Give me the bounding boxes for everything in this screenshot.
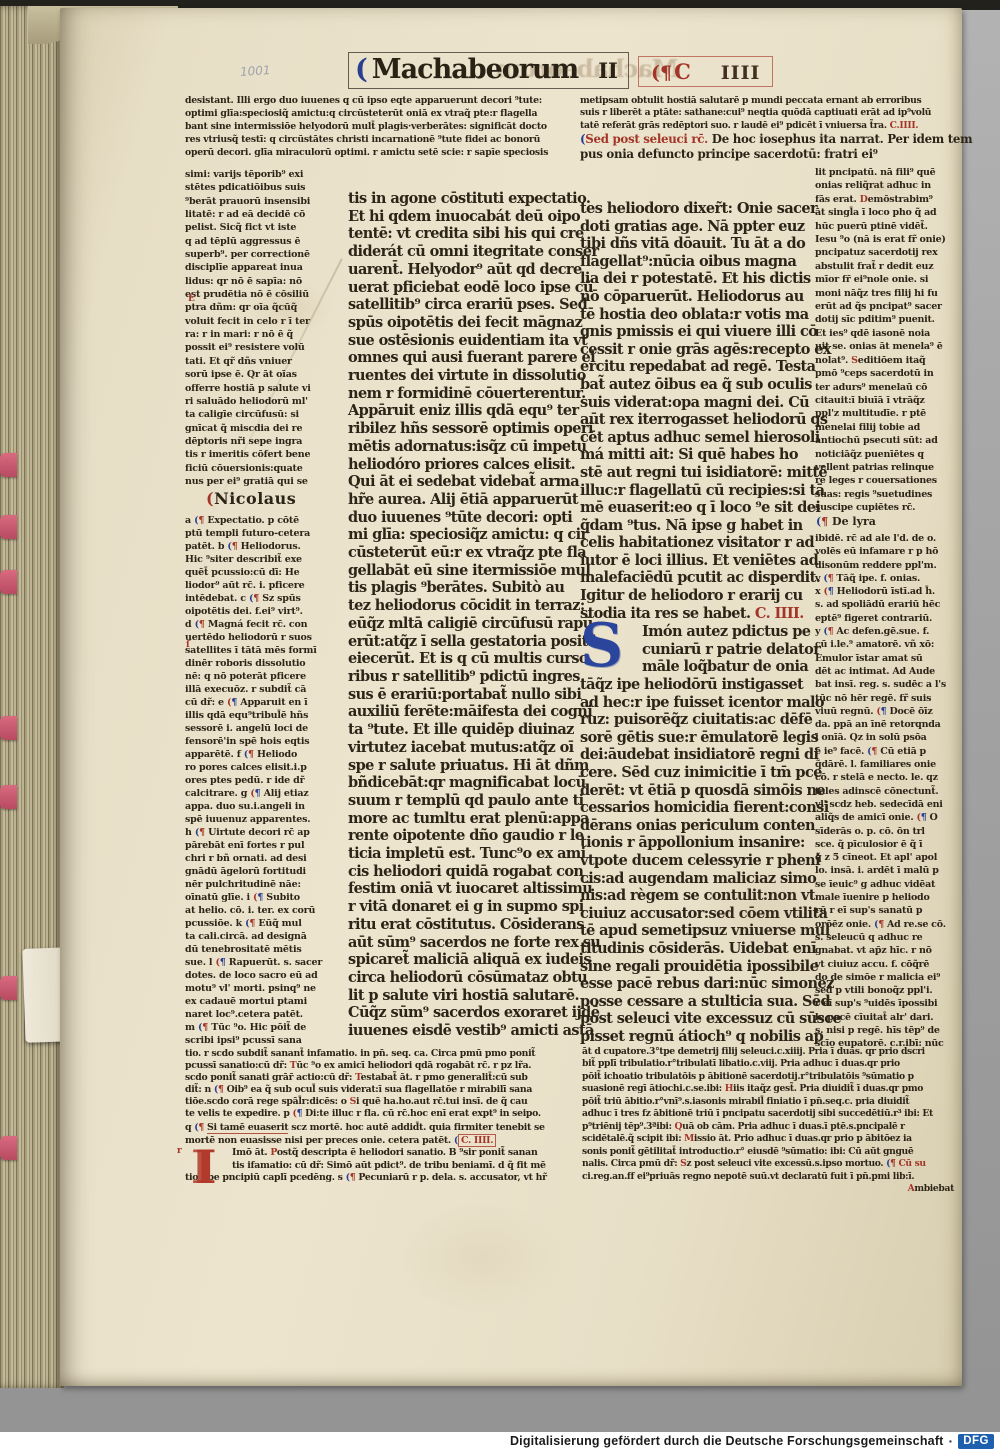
text-line: le pacē cīuitat̄ alr' dari. xyxy=(815,1011,951,1024)
text-line: fensorē'in spē hois eqtis xyxy=(185,735,347,748)
text-line: liodor⁹ aūt rc̄. i. pficere xyxy=(185,579,347,592)
text-line: iutor ē loci illius. Et veniētes ad xyxy=(580,552,816,570)
text-line: s. nisi p regē. hīs tēp⁹ de xyxy=(815,1024,951,1037)
text-line: rū r eī sup's sanatū p xyxy=(815,904,951,917)
commentary-lines: tio ppe pncipiū caplī pcedēng. s (¶ Pecu… xyxy=(185,1172,587,1185)
text-line: simi: varijs tēporib⁹ exi xyxy=(185,168,347,181)
text-line: aūt sūm⁹ sacerdos ne forte rex su xyxy=(348,934,584,952)
text-line: tentē: vt credita sibi his qui cre xyxy=(348,225,584,243)
text-line: stē aut regni tui isidiatorē: mittē xyxy=(580,464,816,482)
text-line: vellent patrias relinque xyxy=(815,461,951,474)
book-number: II xyxy=(598,58,618,83)
text-line: nēr pulchritudinē nāe: xyxy=(185,878,347,891)
chapter-initial-block: S Imón autez pdictus pecuniarū r patrie … xyxy=(580,623,816,677)
text-line: Ambiebat xyxy=(582,1183,954,1195)
text-line: da. ppā an īnē retorqnda xyxy=(815,718,951,731)
commentary-lines: Imō āt. Postq̃ descripta ē heliodori san… xyxy=(185,1147,587,1172)
text-line: bit̃ pplī tribulatio.r°tribulatī libatio… xyxy=(582,1058,954,1070)
text-line: est prudētia nō ē cōsiliū xyxy=(185,288,347,301)
text-line: tez heliodorus cōcidit in terraz: xyxy=(348,597,584,615)
text-line: ruz: puisorēq̃z ciuitatis:ac dēfē xyxy=(580,711,816,729)
text-line: tāq̃z ipe heliodōrū instigasset xyxy=(580,676,816,694)
text-line: cessit r onie grās agēs:recepto ex xyxy=(580,341,816,359)
text-line: x (¶ Heliodorū īstī.ad h̄. xyxy=(815,585,951,598)
text-line: vl' scdz heb. sedecīdā eni xyxy=(815,798,951,811)
text-line: ro pores calces elisit.i.p xyxy=(185,761,347,774)
text-line: cō. r stelā e necto. le. qz xyxy=(815,771,951,784)
bottom-left-commentary: tio. r scdo subdit̃ sanant̄ infamatio. i… xyxy=(185,1048,583,1119)
text-line: moni nāq̃z tres filij hi fu xyxy=(815,287,951,300)
chapter-letter: C xyxy=(674,59,691,84)
text-line: Et hi qdem inuocabát deū oipo xyxy=(348,208,584,226)
text-line: erūt:atq̃z ī sella gestatoria positū xyxy=(348,633,584,651)
text-line: māle loq̃batur de onia xyxy=(642,658,816,676)
text-line: diderát cū omni itegritate conser xyxy=(348,243,584,261)
text-line: tē hostia deo oblata:r votis ma xyxy=(580,306,816,324)
text-line: ī onīā. Qz in solū psōa xyxy=(815,731,951,744)
text-line: duo iuuenes ⁹tūte decori: opti xyxy=(348,509,584,527)
text-line: uertēdo heliodorū r suos xyxy=(185,631,347,644)
text-line: ra: r in mari: r nō ē q̃ xyxy=(185,328,347,341)
text-line: omnes qui ausi fuerant parere ei xyxy=(348,349,584,367)
text-line: satellitib⁹ circa erariū pses. Sed xyxy=(348,296,584,314)
text-line: spe r salute priuatus. Hi āt dñm xyxy=(348,757,584,775)
main-text-right-column-lower: tāq̃z ipe heliodōrū instigassetad hec:r … xyxy=(580,676,816,1045)
text-line: oipotētis dei. f.ei⁹ virt⁹. xyxy=(185,605,347,618)
text-line: ri saluādo heliodorū ml' xyxy=(185,395,347,408)
text-line: Cūq̃z sūm⁹ sacerdos exoraret ijdē xyxy=(348,1004,584,1022)
text-line: vt ciuiuz accu. f. cōq̃rē xyxy=(815,958,951,971)
text-line: optimi glīa:speciosiq̃ amictu:q circūste… xyxy=(185,108,581,121)
text-line: cessarios homicidia fierent:consi xyxy=(580,799,816,817)
text-line: at helio. cō. i. ter. ex corū xyxy=(185,904,347,917)
text-line: illā execuōz. r subdit̃ cā xyxy=(185,683,347,696)
text-line: d (¶ Magná fecit rc̄. con xyxy=(185,618,347,631)
text-line: Et ies⁹ qdē iasonē noia xyxy=(815,327,951,340)
text-line: ci.reg.an.ff ei⁹priuās regno nepotē suū.… xyxy=(582,1171,954,1183)
text-line: uerat pficiebat eodē loco ipse cū xyxy=(348,279,584,297)
text-line: mortē non euasisse nisi per preces onie.… xyxy=(185,1135,587,1148)
text-line: q̃dam ⁹tus. Nā ipse g habet in xyxy=(580,517,816,535)
text-line: h (¶ Uirtute decori rc̄ ap xyxy=(185,826,347,839)
text-line: suas: regis ⁹suetudines xyxy=(815,488,951,501)
text-line: se īeuic⁹ g adhuc vidēat xyxy=(815,878,951,891)
text-line: ticia impletū est. Tunc⁹o ex ami xyxy=(348,845,584,863)
text-line: tiōe.scdo corā rege spāl̄r:dicēs: o Si q… xyxy=(185,1096,583,1108)
dfg-logo: DFG xyxy=(958,1434,994,1449)
text-line: sce. q̃ pīculosior ē q̃ ī xyxy=(815,838,951,851)
text-line: gellabāt eū sine itermissiōe mul xyxy=(348,562,584,580)
text-line: res vtriusq̃ testī: q circūstātes christ… xyxy=(185,134,581,147)
text-line: nē: q nō poterāt pficere xyxy=(185,670,347,683)
text-line: pmō ⁹ceps sacerdotū in xyxy=(815,367,951,380)
manuscript-page: Machabeorum 1001 ( Machabeorum II (¶ C I… xyxy=(60,8,962,1386)
pink-bookmark-tab xyxy=(0,515,17,539)
text-line: hr̃e aurea. Alij ētiā apparuerūt xyxy=(348,491,584,509)
text-line: (¶ De lyra xyxy=(816,515,876,528)
text-line: āt singl̄a ī loco pho q̃ ad xyxy=(815,206,951,219)
text-line: celis habitationez visitator r ad xyxy=(580,534,816,552)
text-line: malefaciēdū pcutit ac disperdit. xyxy=(580,569,816,587)
text-line: scidētalē.q̃ scipit ibi: Missio āt. Prio… xyxy=(582,1133,954,1145)
illuminated-initial-s: S xyxy=(580,619,638,675)
text-line: onias reliq̃rat adhuc in xyxy=(815,179,951,192)
rubricated-initial-i: I xyxy=(195,1144,216,1190)
left-margin-gloss-lower: a (¶ Expectatio. p cōtēptū templi futuro… xyxy=(185,514,347,1047)
left-margin-gloss-upper: simi: varijs tēporib⁹ existētes pdicatiō… xyxy=(185,168,347,488)
text-line: tis plagis ⁹berātes. Subitò au xyxy=(348,579,584,597)
text-line: ter adurs⁹ menelaū cō xyxy=(815,381,951,394)
text-line: s. seleucū q adhuc re xyxy=(815,931,951,944)
text-line: ex cadauē mortui ptami xyxy=(185,995,347,1008)
text-line: gnabat. vt ap̄z hīc. r nō xyxy=(815,944,951,957)
text-line: a (¶ Expectatio. p cōtē xyxy=(185,514,347,527)
pink-bookmark-tab xyxy=(0,716,17,740)
text-line: tē apud semetipsuz vniuerse mul xyxy=(580,922,816,940)
gloss-heading-de-lyra: (¶ De lyra xyxy=(816,515,876,528)
commentary-lines: q (¶ Si tamē euaserit scz mortē. hoc aut… xyxy=(185,1122,587,1147)
text-line: cuniarū r patrie delator xyxy=(642,641,816,659)
running-title-box: ( Machabeorum II xyxy=(348,52,629,89)
text-line: eptē⁹ figeret contrariū. xyxy=(815,612,951,625)
text-line: dēt ac intimat. Ad Aude xyxy=(815,665,951,678)
text-line: sīderās o. p. cō. ōn trl xyxy=(815,825,951,838)
text-line: ores ptes pedū. r ide dr̃ xyxy=(185,774,347,787)
text-line: tes heliodoro dixer̃t: Onie sacer xyxy=(580,200,816,218)
text-line: nolat⁹. Seditiōem itaq̃ xyxy=(815,354,951,367)
text-line: pelist. Sicq̃ fict vt iste xyxy=(185,221,347,234)
text-line: nō cōparuerūt. Heliodorus au xyxy=(580,288,816,306)
text-line: cis:ad augendam maliciaz simo xyxy=(580,870,816,888)
text-line: gnis pmissis ei qui viuere illi cō xyxy=(580,323,816,341)
text-line: bant sine intermissiōe helyodorū mult̄ p… xyxy=(185,121,581,134)
text-line: mi glīa: speciosiq̃z amictu: q cir xyxy=(348,526,584,544)
text-line: disonūm reddere ppl'm. xyxy=(815,559,951,572)
text-line: heliodóro priores calces elisit. xyxy=(348,456,584,474)
text-line: ta ⁹tute. Et ille quidēp diuinaz xyxy=(348,721,584,739)
text-line: litatē: r ad eā decidē cō xyxy=(185,208,347,221)
text-line: mē euaserit:eo q ī loco ⁹e sit dei xyxy=(580,499,816,517)
text-line: q (¶ Si tamē euaserit scz mortē. hoc aut… xyxy=(185,1122,587,1135)
text-line: do de simōe r malicia ei⁹ xyxy=(815,971,951,984)
text-line: pisset regnū átioch⁹ q nobilis ap xyxy=(580,1028,816,1046)
pink-bookmark-tab xyxy=(0,453,17,477)
text-line: tales adinscē cōnectunt̃. xyxy=(815,785,951,798)
text-line: pōit̃ ichoatio tribulatōis p ābitionē sa… xyxy=(582,1071,954,1083)
text-line: desistant. Illi ergo duo iuuenes q cū ip… xyxy=(185,95,581,108)
blue-pilcrow-icon: ( xyxy=(355,54,368,85)
text-line: má mitti ait: Si quē habes ho xyxy=(580,446,816,464)
text-line: possit ei⁹ resistere volū xyxy=(185,341,347,354)
text-line: appa. duo su.i.angeli in xyxy=(185,800,347,813)
text-line: bat̃ autez ōibus ea q̃ sub oculis xyxy=(580,376,816,394)
text-line: more ac tumltu erat plenū:appa xyxy=(348,810,584,828)
text-line: spicaret̃ maliciā aliquā ex iudeis xyxy=(348,951,584,969)
chapter-number: IIII xyxy=(721,62,761,84)
margin-letter-mark: E xyxy=(188,294,195,304)
text-line: uarent̄. Helyodor⁹ aūt qd decre xyxy=(348,261,584,279)
text-line: ptra dñm: qr oīa q̃cūq̃ xyxy=(185,301,347,314)
text-line: re leges r couersationes xyxy=(815,474,951,487)
text-line: tis ifamatio: cū dr̃: Simō aūt pdict⁹. d… xyxy=(232,1160,587,1173)
text-line: Appāruit eniz illis qdā equ⁹ ter xyxy=(348,402,584,420)
text-line: cere. Sēd cuz inimicitie ī tm̄ pce xyxy=(580,764,816,782)
text-line: lidus: qr nō ē sapīa: nō xyxy=(185,275,347,288)
text-line: bat insī. reg. s. sudēc a l's xyxy=(815,678,951,691)
text-line: tibi dñs vitā dōauit. Tu āt a do xyxy=(580,235,816,253)
text-line: adhuc ī tres fz ābitionē triū ī pncipatu… xyxy=(582,1108,954,1120)
text-line: ptū templi futuro-cetera xyxy=(185,527,347,540)
text-line: scribi ipsi⁹ pcussī sana xyxy=(185,1034,347,1047)
text-line: circa heliodorū cōsūmataz obtu xyxy=(348,969,584,987)
text-line: nem r formidinē cōuerterentur. xyxy=(348,385,584,403)
text-line: calcitrare. g (¶ Alij etiaz xyxy=(185,787,347,800)
text-line: operū decori. glīa miraculorū optimi. r … xyxy=(185,147,581,160)
text-line: hūc puerū ptinē vidēt̃. xyxy=(815,220,951,233)
text-line: m (¶ Tūc ⁹o. Hic pōit̃ de xyxy=(185,1021,347,1034)
text-line: eūq̃z mltā caligiē circūfusū rapū xyxy=(348,615,584,633)
red-initial-block: I Imō āt. Postq̃ descripta ē heliodori s… xyxy=(185,1147,587,1172)
text-line: chri r bñ ornati. ad desi xyxy=(185,852,347,865)
text-line: erūt ad q̃s pncipat⁹ sacer xyxy=(815,300,951,313)
text-line: tatē referāt grās redēptori suo. r laudē… xyxy=(580,120,950,132)
running-title: Machabeorum xyxy=(372,54,578,85)
text-line: ⁹berāt prauorū insensibi xyxy=(185,195,347,208)
text-line: suum r templū qd paulo ante ti xyxy=(348,792,584,810)
text-line: dinēr roboris dissolutio xyxy=(185,657,347,670)
pink-bookmark-tab xyxy=(0,1136,17,1160)
text-line: intēdebat. c (¶ Sz spūs xyxy=(185,592,347,605)
main-text-right-column-upper: tes heliodoro dixer̃t: Onie sacerdoti gr… xyxy=(580,200,816,622)
text-line: q̃dārē. l. familiares onie xyxy=(815,758,951,771)
text-line: voluit fecit in celo r ī ter xyxy=(185,315,347,328)
text-line: te velis te expedire. p (¶ Di:te illuc r… xyxy=(185,1108,583,1120)
text-line: ciuiuz accusator:sed cōem vtilita xyxy=(580,905,816,923)
text-line: q ad tēplū aggressus ē xyxy=(185,235,347,248)
text-line: superb⁹. per correctionē xyxy=(185,248,347,261)
text-line: cis heliodori quidā rogabat con xyxy=(348,863,584,881)
text-line: ribilez hñs sessorē optimis operi xyxy=(348,420,584,438)
text-line: y (¶ Ac defen.gē.sue. f. xyxy=(815,625,951,638)
text-line: cū dr̃: e (¶ Apparuit en ī xyxy=(185,696,347,709)
text-line: illis qdā equ⁹tribul̄ē hñs xyxy=(185,709,347,722)
text-line: aūt rex iterrogasset heliodorū qs xyxy=(580,411,816,429)
text-line: illuc:r flagellatū cū recipies:si tā xyxy=(580,482,816,500)
text-line: ruentes dei virtute in dissolutio xyxy=(348,367,584,385)
text-line: r vitā donaret ei g in supmo spi xyxy=(348,898,584,916)
text-line: ē ie⁹ facē. (¶ Cū etiā p xyxy=(815,745,951,758)
bottom-left-commentary-2: q (¶ Si tamē euaserit scz mortē. hoc aut… xyxy=(185,1122,587,1185)
main-text-left-column: tis in agone cōstituti expectatio.Et hi … xyxy=(348,190,584,1040)
text-line: pncipatuz sacerdotij rex xyxy=(815,246,951,259)
text-line: pārebāt enī fortes r pul xyxy=(185,839,347,852)
text-line: abstulit frat̃ r dedit euz xyxy=(815,260,951,273)
text-line: titudinis cōsiderās. Uidebat enī xyxy=(580,940,816,958)
text-line: tis r imeritis cōfert bene xyxy=(185,448,347,461)
text-line: oīnatū glīe. i (¶ Subito xyxy=(185,891,347,904)
text-line: āt d cupatore.3°tpe demetrij filij seleu… xyxy=(582,1046,954,1058)
text-line: gnādū āgelorū fortitudi xyxy=(185,865,347,878)
text-line: pcussī sanatio:cū dr̃: Tūc ⁹o ex amicī h… xyxy=(185,1060,583,1072)
text-line: Qui āt ei sedebat videbat̃ arma xyxy=(348,473,584,491)
text-line: p⁹triēnij tēp⁹.3ªibi: Quā ob cām. Pria a… xyxy=(582,1121,954,1133)
text-line: stētes pdicatiōibus suis xyxy=(185,181,347,194)
text-line: sorē gētis sue:r ēmulatorē legis xyxy=(580,729,816,747)
text-line: quēt̄ pcussio:cū dī: He xyxy=(185,566,347,579)
pink-bookmark-tab xyxy=(0,785,17,809)
text-line: dū tenebrositatē mētis xyxy=(185,943,347,956)
gloss-heading-nicolaus: (Nicolaus xyxy=(206,489,296,508)
text-line: cū i.le.⁹ amatorē. vñ xō: xyxy=(815,638,951,651)
text-line: menelai filij tobie ad xyxy=(815,421,951,434)
text-line: sonis ponit̃ gētilitat̄ introductio.r° e… xyxy=(582,1146,954,1158)
text-line: sessorē i. angelū loci de xyxy=(185,722,347,735)
text-line: patēt. b (¶ Heliodorus. xyxy=(185,540,347,553)
text-line: dotij sīc pditim⁹ puenit. xyxy=(815,313,951,326)
credit-separator: · xyxy=(949,1433,954,1449)
text-line: tūc nō hēr regē. fr̃ suis xyxy=(815,692,951,705)
text-line: cūsteterūt eū:r ex vtraq̃z pte fla xyxy=(348,544,584,562)
digitized-book-viewer: Machabeorum 1001 ( Machabeorum II (¶ C I… xyxy=(0,0,1000,1450)
text-line: aliq̃s de amicī onie. (¶ O xyxy=(815,811,951,824)
text-line: sus ē erariū:portabat̃ nullo sibi xyxy=(348,686,584,704)
text-line: sine regali prouidētia ipossibile xyxy=(580,958,816,976)
right-margin-gloss-lower: ibidē. rc̄ ad ale l'd. de o.volēs eū inf… xyxy=(815,532,951,1051)
text-line: post seleuci vite excessuz cū sūsce xyxy=(580,1010,816,1028)
text-line: nus per ei⁹ gratiā qui se xyxy=(185,475,347,488)
text-line: dēptoris nr̃i sepe ingra xyxy=(185,435,347,448)
text-line: tionis r āppollonium insanire: xyxy=(580,834,816,852)
text-line: ibidē. rc̄ ad ale l'd. de o. xyxy=(815,532,951,545)
pink-bookmark-tab xyxy=(0,570,17,594)
text-line: esse pacē rebus dari:nūc simonez xyxy=(580,975,816,993)
text-line: v (¶ Tāq̃ ipe. f. onias. xyxy=(815,572,951,585)
text-line: apparētē. f (¶ Heliodo xyxy=(185,748,347,761)
text-line: sue. l (¶ Rapuerūt. s. sacer xyxy=(185,956,347,969)
text-line: ficiū cōuersionis:quate xyxy=(185,462,347,475)
text-line: sorū ipse ē. Qr āt oīas xyxy=(185,368,347,381)
text-line: antiochū psecuti sūt: ad xyxy=(815,434,951,447)
text-line: s. ad spoliādū erariū hēc xyxy=(815,598,951,611)
text-line: spūs oipotētis dei fecit māgnaz xyxy=(348,314,584,332)
text-line: ad hec:r ipe fuisset icentor malo xyxy=(580,694,816,712)
text-line: fās erat. Demōstrabim⁹ xyxy=(815,193,951,206)
text-line: suis viderat:opa magni dei. Cū xyxy=(580,394,816,412)
text-line: Hic ⁹siter describit̃ exe xyxy=(185,553,347,566)
text-line: Emulor īstar amat sū xyxy=(815,652,951,665)
text-line: orōēz onie. (¶ Ad re.se cō. xyxy=(815,918,951,931)
text-line: nalis. Circa pmū dr̃: Sz post seleuci vi… xyxy=(582,1158,954,1170)
text-line: tati. Et qr̃ dñs vniuer xyxy=(185,355,347,368)
right-margin-gloss-upper: lit pncipatū. nā fili⁹ quēonias reliq̃ra… xyxy=(815,166,951,515)
text-line: (Sed post seleuci rc̄. De hoc iosephus i… xyxy=(580,132,950,147)
handwritten-folio-number: 1001 xyxy=(240,63,271,79)
text-line: uit se. onias āt menela⁹ ē xyxy=(815,340,951,353)
text-line: posse cessare a stulticia sua. Sēd xyxy=(580,993,816,1011)
pink-bookmark-tab xyxy=(0,976,17,1000)
text-line: tio ppe pncipiū caplī pcedēng. s (¶ Pecu… xyxy=(185,1172,587,1185)
text-line: naret loc⁹.cetera patēt. xyxy=(185,1008,347,1021)
text-line: lit p salute viri hostiā salutarē. xyxy=(348,987,584,1005)
text-line: derēt: vt ētiā p quosdā simōis ne xyxy=(580,782,816,800)
text-line: (Nicolaus xyxy=(206,489,296,508)
text-line: citauit:ī biuīā ī vtrāq̃z xyxy=(815,394,951,407)
text-line: flagellat⁹:nūcia oibus magna xyxy=(580,253,816,271)
text-line: dotes. de loco sacro eū ad xyxy=(185,969,347,982)
text-line: pōit̃ triū ābitio.r°vnī⁹.s.iasonis mirab… xyxy=(582,1096,954,1108)
text-line: vtpote ducem celessyrie r pheni xyxy=(580,852,816,870)
text-line: Imō āt. Postq̃ descripta ē heliodori san… xyxy=(232,1147,587,1160)
text-line: male īuenire p heliodo xyxy=(815,891,951,904)
text-line: festim oniā vt iuocaret altissimū xyxy=(348,880,584,898)
text-line: ta caligīe circūfusū: si xyxy=(185,408,347,421)
text-line: iuuenes eisdē vestib⁹ amicti astā xyxy=(348,1022,584,1040)
text-line: lo. insā. i. ardēt ī malū p xyxy=(815,864,951,877)
text-line: volēs eū infamare r p hō xyxy=(815,545,951,558)
text-line: auxiliū ferēte:māifesta dei cogni xyxy=(348,703,584,721)
text-line: dit̃: n (¶ Oib⁹ ea q̃ sub ocul̄ suis vid… xyxy=(185,1084,583,1096)
text-line: tio. r scdo subdit̃ sanant̄ infamatio. i… xyxy=(185,1048,583,1060)
text-line: Imón autez pdictus pe xyxy=(642,623,816,641)
text-line: mētis adornatus:isq̃z cū impetu xyxy=(348,438,584,456)
text-line: scdo ponit̃ sanati grār̄ actio:cū dr̃: T… xyxy=(185,1072,583,1084)
text-line: eiecerūt. Et is q cū multis curso xyxy=(348,650,584,668)
text-line: mīor fr̄ ei⁹nole onie. si xyxy=(815,273,951,286)
text-line: suscipe cupiētes rc̄. xyxy=(815,501,951,514)
text-line: Iesu ⁹o (nā is erat fr̃ onie) xyxy=(815,233,951,246)
text-line: doti gratias age. Nā ppter euz xyxy=(580,218,816,236)
text-line: suis r liberēt a ptāte: sathane:cui⁹ neq… xyxy=(580,107,950,119)
text-line: viuū regnū. (¶ Docē ōīz xyxy=(815,705,951,718)
margin-letter-mark: r xyxy=(177,1146,182,1156)
text-line: satellites ī tātā mēs formī xyxy=(185,644,347,657)
text-line: pcussiōe. k (¶ Eūq̃ mul xyxy=(185,917,347,930)
text-line: gnīcat q̃ miscdia dei re xyxy=(185,422,347,435)
text-line: ercitu repedabat ad regē. Testa xyxy=(580,358,816,376)
text-line: dei:āudebat insidiatorē regni di xyxy=(580,746,816,764)
chapter-heading-box: (¶ C IIII xyxy=(638,56,773,87)
text-line: noticiāq̃z puenīētes q xyxy=(815,448,951,461)
text-line: lia dei r potestatē. Et his dictis xyxy=(580,270,816,288)
text-line: ribus r satellitib⁹ pdictū ingres xyxy=(348,668,584,686)
text-line: metipsam obtulit hostiā salutarē p mundi… xyxy=(580,95,950,107)
text-line: pus onia defuncto principe sacerdotū: fr… xyxy=(580,147,950,162)
text-line: virtutez iacebat mutus:atq̃z oī xyxy=(348,739,584,757)
text-line: q̃ z 5 cīneot. Et apl' apol xyxy=(815,851,951,864)
text-line: sed p vtili bonoq̃z ppl'i. xyxy=(815,984,951,997)
top-left-commentary: desistant. Illi ergo duo iuuenes q cū ip… xyxy=(185,95,581,160)
red-pilcrow-icon: (¶ xyxy=(651,62,672,84)
bottom-right-commentary: āt d cupatore.3°tpe demetrij filij seleu… xyxy=(582,1046,954,1195)
text-line: bñdicebāt:qr magnificabat locū xyxy=(348,774,584,792)
text-line: disciplīe appareat inua xyxy=(185,261,347,274)
text-line: dērans onias periculum conten xyxy=(580,817,816,835)
text-line: rente oipotente dño gaudio r le xyxy=(348,827,584,845)
text-line: sue ostēsionis euidentiam ita vt xyxy=(348,332,584,350)
text-line: Igitur de heliodoro r erarij cu xyxy=(580,587,816,605)
text-line: ppl'z multitudīe. r ptē xyxy=(815,407,951,420)
text-line: offerre hostiā p salute vi xyxy=(185,382,347,395)
text-line: nis:ad règem se contulit:non vt xyxy=(580,887,816,905)
text-line: lit pncipatū. nā fili⁹ quē xyxy=(815,166,951,179)
text-line: motu⁹ vl' morti. psinq⁹ ne xyxy=(185,982,347,995)
text-line: suasionē regī ātiochi.c.se.ibi: Hiis ita… xyxy=(582,1083,954,1095)
text-line: cēt aptus adhuc semel hierosoli xyxy=(580,429,816,447)
top-right-commentary: metipsam obtulit hostiā salutarē p mundi… xyxy=(580,95,950,161)
text-line: ta cali.circā. ad designā xyxy=(185,930,347,943)
text-line: ritu erat cōstitutus. Cōsiderans xyxy=(348,916,584,934)
margin-letter-mark: ſ xyxy=(186,640,190,650)
